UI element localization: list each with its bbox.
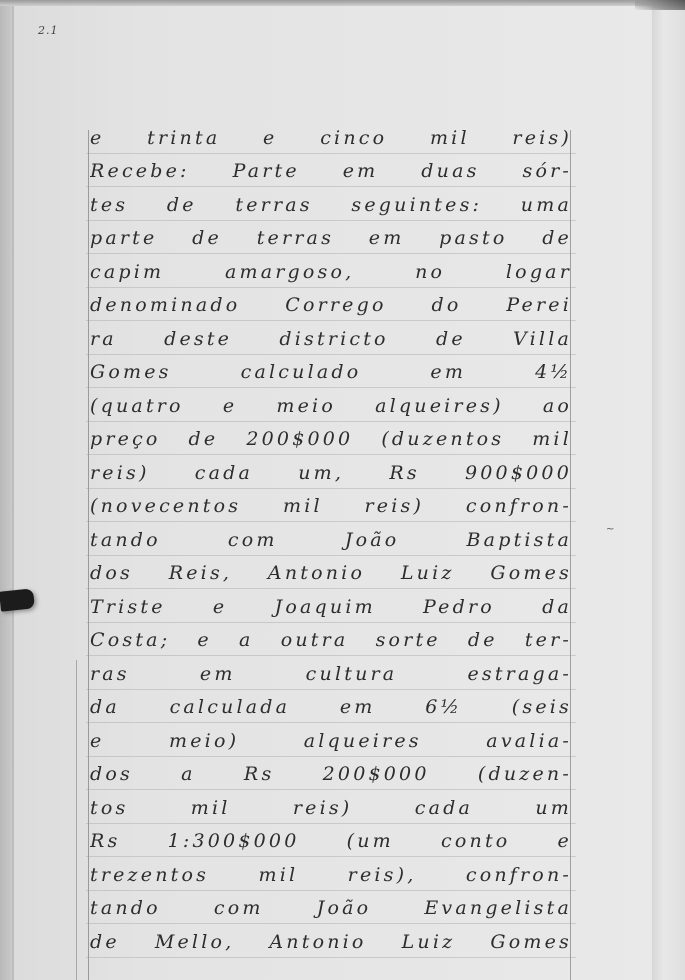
line-text: e trinta e cinco mil reis) xyxy=(90,127,572,149)
text-line: tando com João Evangelista xyxy=(86,891,576,925)
line-text: (novecentos mil reis) confron- xyxy=(90,495,572,517)
top-right-corner-shadow xyxy=(635,0,685,10)
line-text: ra deste districto de Villa xyxy=(90,328,572,350)
line-text: (quatro e meio alqueires) ao xyxy=(90,395,572,417)
text-line: reis) cada um, Rs 900$000 xyxy=(86,455,576,489)
ink-blot: ~ xyxy=(606,524,614,535)
text-line: denominado Corrego do Perei xyxy=(86,288,576,322)
line-text: trezentos mil reis), confron- xyxy=(90,864,572,886)
line-text: denominado Corrego do Perei xyxy=(90,294,572,316)
line-text: Rs 1:300$000 (um conto e xyxy=(90,830,572,852)
text-line: (novecentos mil reis) confron- xyxy=(86,489,576,523)
line-text: tos mil reis) cada um xyxy=(90,797,572,819)
line-text: Gomes calculado em 4½ xyxy=(90,361,572,383)
text-line: ras em cultura estraga- xyxy=(86,656,576,690)
text-line: preço de 200$000 (duzentos mil xyxy=(86,422,576,456)
line-text: reis) cada um, Rs 900$000 xyxy=(90,462,572,484)
text-line: Costa; e a outra sorte de ter- xyxy=(86,623,576,657)
line-text: Costa; e a outra sorte de ter- xyxy=(90,629,572,651)
line-text: dos Reis, Antonio Luiz Gomes xyxy=(90,562,572,584)
line-text: dos a Rs 200$000 (duzen- xyxy=(90,763,572,785)
text-line: tando com João Baptista xyxy=(86,522,576,556)
line-text: Triste e Joaquim Pedro da xyxy=(90,596,572,618)
line-text: tando com João Evangelista xyxy=(90,897,572,919)
text-line: Rs 1:300$000 (um conto e xyxy=(86,824,576,858)
text-line: dos Reis, Antonio Luiz Gomes xyxy=(86,556,576,590)
line-text: ras em cultura estraga- xyxy=(90,663,572,685)
line-text: tando com João Baptista xyxy=(90,529,572,551)
text-line: e meio) alqueires avalia- xyxy=(86,723,576,757)
line-text: da calculada em 6½ (seis xyxy=(90,696,572,718)
underlying-page-edge xyxy=(648,8,685,980)
text-line: trezentos mil reis), confron- xyxy=(86,857,576,891)
page-marker: 2.1 xyxy=(38,24,59,37)
text-line: ra deste districto de Villa xyxy=(86,321,576,355)
text-line: tes de terras seguintes: uma xyxy=(86,187,576,221)
text-line: Triste e Joaquim Pedro da xyxy=(86,589,576,623)
text-line: de Mello, Antonio Luiz Gomes xyxy=(86,924,576,958)
text-line: da calculada em 6½ (seis xyxy=(86,690,576,724)
top-page-edge xyxy=(0,0,685,6)
bookmark-ribbon xyxy=(0,588,35,611)
line-text: de Mello, Antonio Luiz Gomes xyxy=(90,931,572,953)
text-line: tos mil reis) cada um xyxy=(86,790,576,824)
line-text: tes de terras seguintes: uma xyxy=(90,194,572,216)
text-line: Recebe: Parte em duas sór- xyxy=(86,154,576,188)
line-text: capim amargoso, no logar xyxy=(90,261,572,283)
left-margin-rule-secondary xyxy=(76,660,77,980)
line-text: parte de terras em pasto de xyxy=(90,227,572,249)
text-line: parte de terras em pasto de xyxy=(86,221,576,255)
text-line: e trinta e cinco mil reis) xyxy=(86,120,576,154)
text-line: dos a Rs 200$000 (duzen- xyxy=(86,757,576,791)
text-line: Gomes calculado em 4½ xyxy=(86,355,576,389)
text-line: (quatro e meio alqueires) ao xyxy=(86,388,576,422)
line-text: e meio) alqueires avalia- xyxy=(90,730,572,752)
line-text: Recebe: Parte em duas sór- xyxy=(90,160,572,182)
handwritten-text-block: e trinta e cinco mil reis) Recebe: Parte… xyxy=(86,120,576,958)
line-text: preço de 200$000 (duzentos mil xyxy=(90,428,572,450)
text-line: capim amargoso, no logar xyxy=(86,254,576,288)
scanned-page-image: 2.1 ~ e trinta e cinco mil reis) Recebe:… xyxy=(0,0,685,980)
